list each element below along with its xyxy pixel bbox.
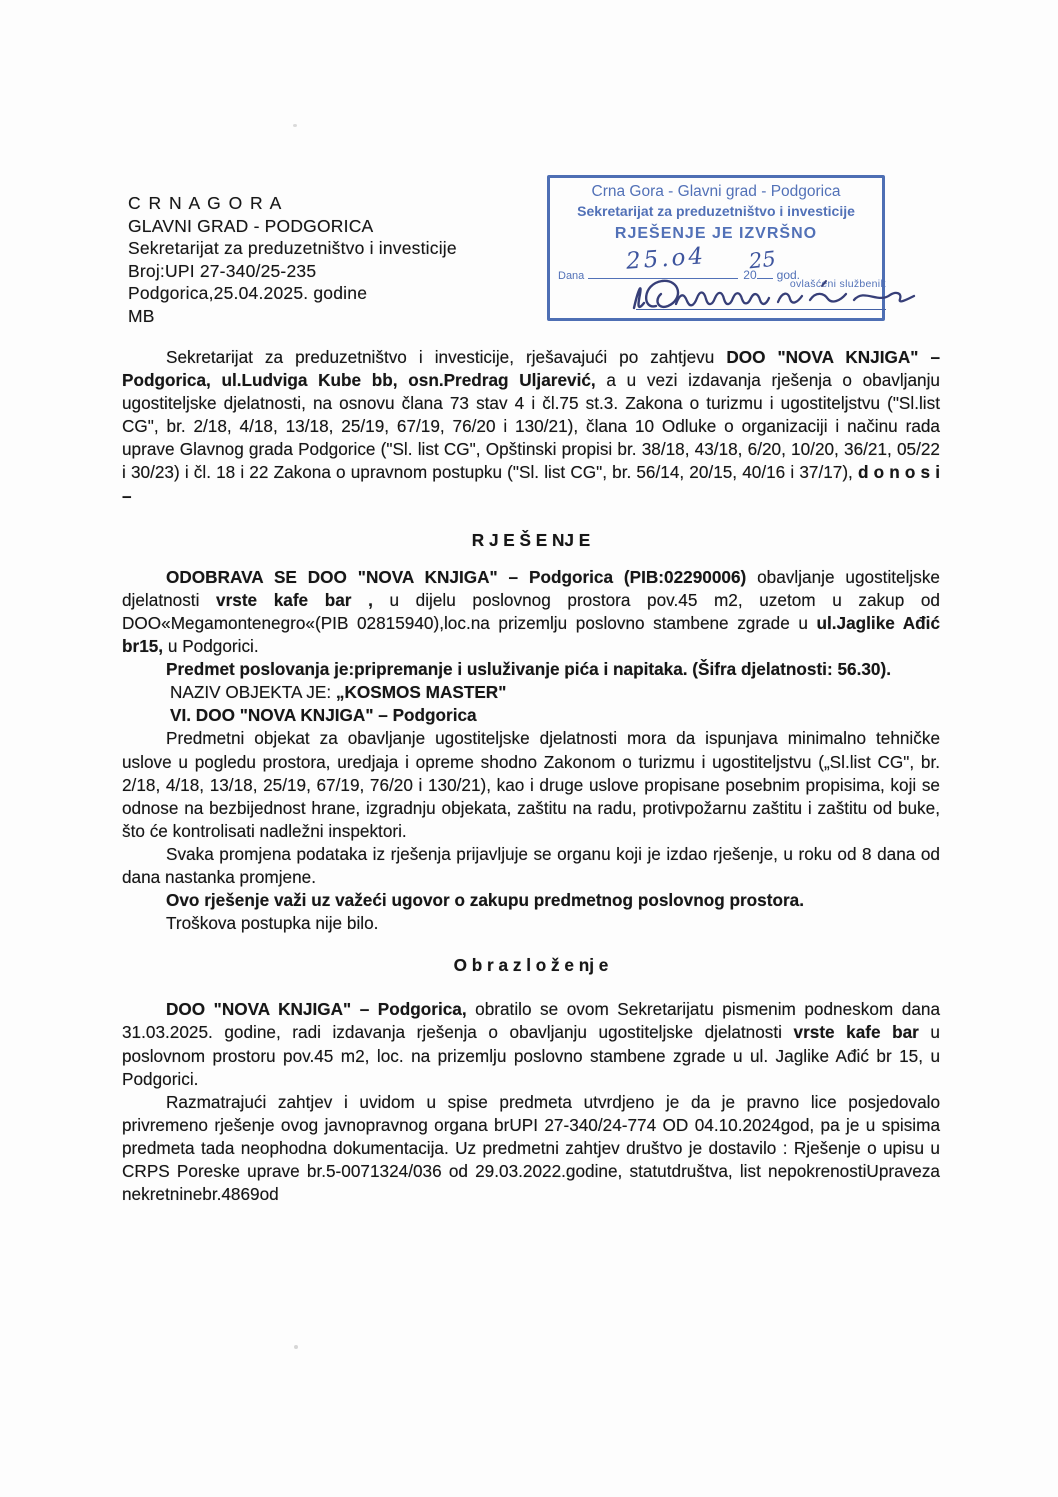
letterhead-country: C R N A G O R A	[128, 192, 457, 215]
signature-line	[636, 309, 886, 310]
paragraph-vlasnik: VI. DOO "NOVA KNJIGA" – Podgorica	[122, 704, 940, 727]
stamp-dana-label: Dana	[558, 270, 584, 282]
scan-speck	[293, 124, 297, 127]
execution-stamp: Crna Gora - Glavni grad - Podgorica Sekr…	[547, 175, 885, 321]
letterhead-initials: MB	[128, 305, 457, 328]
paragraph-odobrava: ODOBRAVA SE DOO "NOVA KNJIGA" – Podgoric…	[122, 566, 940, 658]
letterhead-department: Sekretarijat za preduzetništvo i investi…	[128, 237, 457, 260]
paragraph-ovo-rjesenje: Ovo rješenje važi uz važeći ugovor o zak…	[122, 889, 940, 912]
paragraph-doo-obratilo: DOO "NOVA KNJIGA" – Podgorica, obratilo …	[122, 998, 940, 1090]
handwritten-date: 25.o4	[625, 243, 707, 275]
stamp-executable-label: RJEŠENJE JE IZVRŠNO	[550, 225, 882, 243]
heading-obrazlozenje: O b r a z l o ž e nj e	[122, 954, 940, 977]
stamp-department: Sekretarijat za preduzetništvo i investi…	[550, 203, 882, 219]
letterhead-place-date: Podgorica,25.04.2025. godine	[128, 282, 457, 305]
document-body: Sekretarijat za preduzetništvo i investi…	[122, 346, 940, 1206]
paragraph-naziv: NAZIV OBJEKTA JE: „KOSMOS MASTER"	[122, 681, 940, 704]
paragraph-objekat: Predmetni objekat za obavljanje ugostite…	[122, 727, 940, 842]
letterhead-city: GLAVNI GRAD - PODGORICA	[128, 215, 457, 238]
paragraph-intro: Sekretarijat za preduzetništvo i investi…	[122, 346, 940, 508]
document-page: C R N A G O R A GLAVNI GRAD - PODGORICA …	[0, 0, 1058, 1497]
paragraph-troskovi: Troškova postupka nije bilo.	[122, 912, 940, 935]
paragraph-razmatrajuci: Razmatrajući zahtjev i uvidom u spise pr…	[122, 1091, 940, 1206]
stamp-title: Crna Gora - Glavni grad - Podgorica	[550, 183, 882, 201]
letterhead-case-number: Broj:UPI 27-340/25-235	[128, 260, 457, 283]
signature-icon	[626, 272, 936, 322]
scan-speck	[294, 1345, 298, 1349]
paragraph-predmet: Predmet poslovanja je:pripremanje i uslu…	[122, 658, 940, 681]
heading-rjesenje: R J E Š E NJ E	[122, 529, 940, 552]
paragraph-svaka-promjena: Svaka promjena podataka iz rješenja prij…	[122, 843, 940, 889]
handwritten-year: 25	[747, 247, 776, 274]
letterhead: C R N A G O R A GLAVNI GRAD - PODGORICA …	[128, 192, 457, 328]
